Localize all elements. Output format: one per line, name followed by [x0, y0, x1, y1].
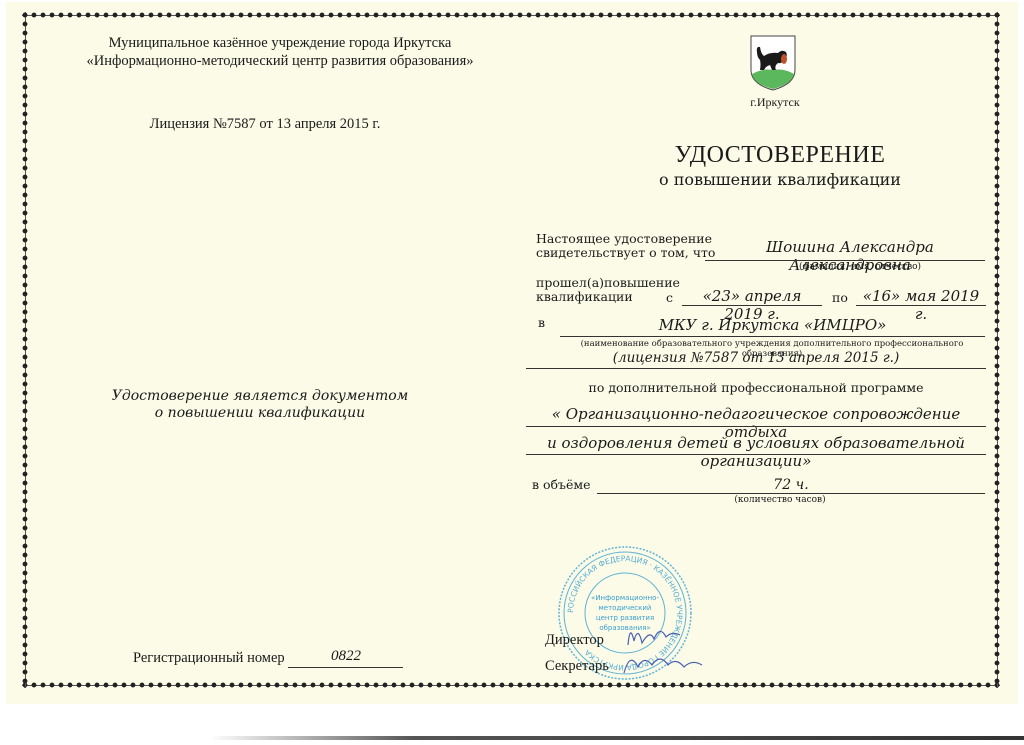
scan-edge	[210, 736, 1024, 740]
registration-underline	[288, 667, 403, 668]
border-bottom	[22, 682, 1000, 688]
from-date-underline	[682, 305, 822, 306]
handwritten-signatures	[610, 615, 720, 685]
border-top	[22, 12, 1000, 18]
to-date-underline	[856, 305, 986, 306]
volume-value: 72 ч.	[597, 477, 985, 493]
document-note: Удостоверение является документом о повы…	[100, 388, 420, 422]
volume-underline	[597, 493, 985, 494]
irkutsk-coat-of-arms-icon	[748, 34, 798, 92]
program-label: по дополнительной профессиональной прогр…	[526, 381, 986, 395]
document-subtitle: о повышении квалификации	[630, 170, 930, 189]
certifies-label-line-2: свидетельствует о том, что	[536, 246, 715, 260]
volume-caption: (количество часов)	[700, 495, 860, 505]
issuer-line-1: Муниципальное казённое учреждение города…	[60, 34, 500, 52]
secretary-label: Секретарь	[545, 658, 609, 675]
to-label: по	[832, 291, 848, 305]
from-label: с	[666, 291, 673, 305]
full-name-caption: (фамилия, имя, отчество)	[760, 262, 960, 272]
institution-license: (лицензия №7587 от 13 апреля 2015 г.)	[526, 350, 986, 366]
institution-underline	[560, 336, 985, 337]
certifies-label: Настоящее удостоверение свидетельствует …	[536, 232, 715, 260]
border-left	[22, 12, 28, 688]
program-line-2: и оздоровления детей в условиях образова…	[526, 434, 986, 470]
completed-label-line-1: прошел(а)повышение	[536, 276, 680, 290]
volume-label: в объёме	[532, 478, 591, 492]
certifies-label-line-1: Настоящее удостоверение	[536, 232, 715, 246]
border-right	[994, 12, 1000, 688]
program-line-1-underline	[526, 426, 986, 427]
issuer-name: Муниципальное казённое учреждение города…	[60, 34, 500, 70]
completed-label-line-2: квалификации	[536, 290, 680, 304]
institution-license-underline	[526, 368, 986, 369]
note-line-2: о повышении квалификации	[100, 405, 420, 422]
program-line-2-underline	[526, 454, 986, 455]
note-line-1: Удостоверение является документом	[100, 388, 420, 405]
director-label: Директор	[545, 632, 604, 649]
emblem-city: г.Иркутск	[735, 95, 815, 110]
issuer-license: Лицензия №7587 от 13 апреля 2015 г.	[60, 116, 470, 133]
institution-name: МКУ г. Иркутска «ИМЦРО»	[560, 316, 985, 334]
completed-label: прошел(а)повышение квалификации	[536, 276, 680, 304]
issuer-line-2: «Информационно-методический центр развит…	[60, 52, 500, 70]
svg-text:«Информационно-: «Информационно-	[591, 594, 659, 602]
full-name-underline	[705, 260, 985, 261]
document-title: УДОСТОВЕРЕНИЕ	[630, 142, 930, 169]
registration-number: 0822	[290, 648, 402, 665]
registration-label: Регистрационный номер	[133, 650, 285, 667]
svg-text:методический: методический	[599, 604, 652, 612]
in-label: в	[538, 316, 545, 330]
